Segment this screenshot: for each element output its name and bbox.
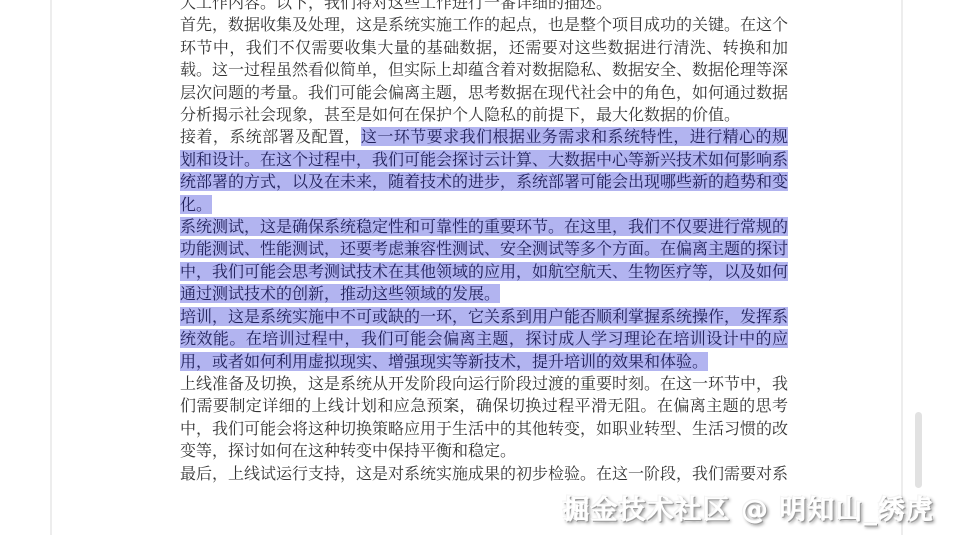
- document-page: 大工作内容。以下，我们将对这些工作进行一番详细的描述。 首先，数据收集及处理，这…: [50, 0, 903, 535]
- paragraph-launch-switch: 上线准备及切换，这是系统从开发阶段向运行阶段过渡的重要时刻。在这一环节中，我们需…: [180, 373, 788, 463]
- paragraph-testing: 系统测试，这是确保系统稳定性和可靠性的重要环节。在这里，我们不仅要进行常规的功能…: [180, 216, 788, 306]
- paragraph-text: 首先，数据收集及处理，这是系统实施工作的起点，也是整个项目成功的关键。在这个环节…: [180, 15, 788, 124]
- selected-text: 系统测试，这是确保系统稳定性和可靠性的重要环节。在这里，我们不仅要进行常规的功能…: [180, 217, 788, 303]
- vertical-scrollbar-thumb[interactable]: [915, 412, 922, 488]
- article-text[interactable]: 大工作内容。以下，我们将对这些工作进行一番详细的描述。 首先，数据收集及处理，这…: [180, 0, 788, 485]
- paragraph-text: 大工作内容。以下，我们将对这些工作进行一番详细的描述。: [180, 0, 612, 12]
- paragraph-partial-top: 大工作内容。以下，我们将对这些工作进行一番详细的描述。: [180, 0, 788, 14]
- watermark: 掘金技术社区 @ 明知山_绣虎: [563, 488, 934, 527]
- paragraph-text: 上线准备及切换，这是系统从开发阶段向运行阶段过渡的重要时刻。在这一环节中，我们需…: [180, 374, 788, 460]
- document-viewport: 大工作内容。以下，我们将对这些工作进行一番详细的描述。 首先，数据收集及处理，这…: [0, 0, 958, 535]
- paragraph-data-collection: 首先，数据收集及处理，这是系统实施工作的起点，也是整个项目成功的关键。在这个环节…: [180, 14, 788, 126]
- paragraph-text: 接着，系统部署及配置，: [180, 127, 361, 146]
- paragraph-deployment: 接着，系统部署及配置，这一环节要求我们根据业务需求和系统特性，进行精心的规划和设…: [180, 126, 788, 216]
- paragraph-training: 培训，这是系统实施中不可或缺的一环，它关系到用户能否顺利掌握系统操作，发挥系统效…: [180, 306, 788, 373]
- selected-text: 培训，这是系统实施中不可或缺的一环，它关系到用户能否顺利掌握系统操作，发挥系统效…: [180, 307, 788, 371]
- paragraph-text: 最后，上线试运行支持，这是对系统实施成果的初步检验。在这一阶段，我们需要对系: [180, 464, 788, 483]
- paragraph-trial-run: 最后，上线试运行支持，这是对系统实施成果的初步检验。在这一阶段，我们需要对系: [180, 463, 788, 485]
